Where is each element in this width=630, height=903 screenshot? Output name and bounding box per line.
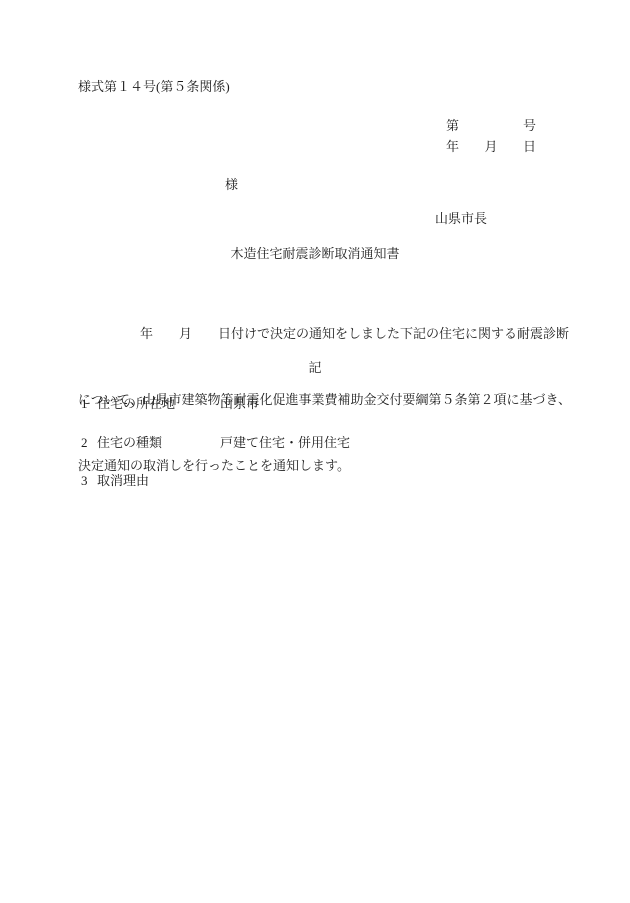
item-row-housing-type: 2 住宅の種類 戸建て住宅・併用住宅 <box>78 436 548 450</box>
document-title: 木造住宅耐震診断取消通知書 <box>0 247 630 260</box>
record-marker: 記 <box>0 361 630 374</box>
item-row-cancellation-reason: 3 取消理由 <box>78 474 548 488</box>
body-line-1: 年 月 日付けで決定の通知をしました下記の住宅に関する耐震診断 <box>78 323 572 345</box>
number-suffix: 号 <box>523 119 536 132</box>
addressee-honorific: 様 <box>225 178 238 191</box>
item-label: 住宅の所在地 <box>97 397 175 410</box>
item-number: 3 <box>81 474 88 487</box>
date-month-label: 月 <box>484 140 497 153</box>
item-label: 取消理由 <box>97 474 149 487</box>
item-label: 住宅の種類 <box>97 436 162 449</box>
item-value: 山県市 <box>220 397 259 410</box>
sender-title: 山県市長 <box>435 212 487 225</box>
document-number-line: 第 号 <box>446 119 536 132</box>
date-day-label: 日 <box>523 140 536 153</box>
item-number: 2 <box>81 436 88 449</box>
item-value: 戸建て住宅・併用住宅 <box>220 436 350 449</box>
form-number: 様式第１４号(第５条関係) <box>78 80 230 93</box>
number-prefix: 第 <box>446 119 459 132</box>
document-page: 様式第１４号(第５条関係) 第 号 年 月 日 様 山県市長 木造住宅耐震診断取… <box>0 0 630 903</box>
date-year-label: 年 <box>446 140 459 153</box>
date-line: 年 月 日 <box>446 140 536 153</box>
item-number: 1 <box>81 397 88 410</box>
item-row-residence: 1 住宅の所在地 山県市 <box>78 397 548 411</box>
